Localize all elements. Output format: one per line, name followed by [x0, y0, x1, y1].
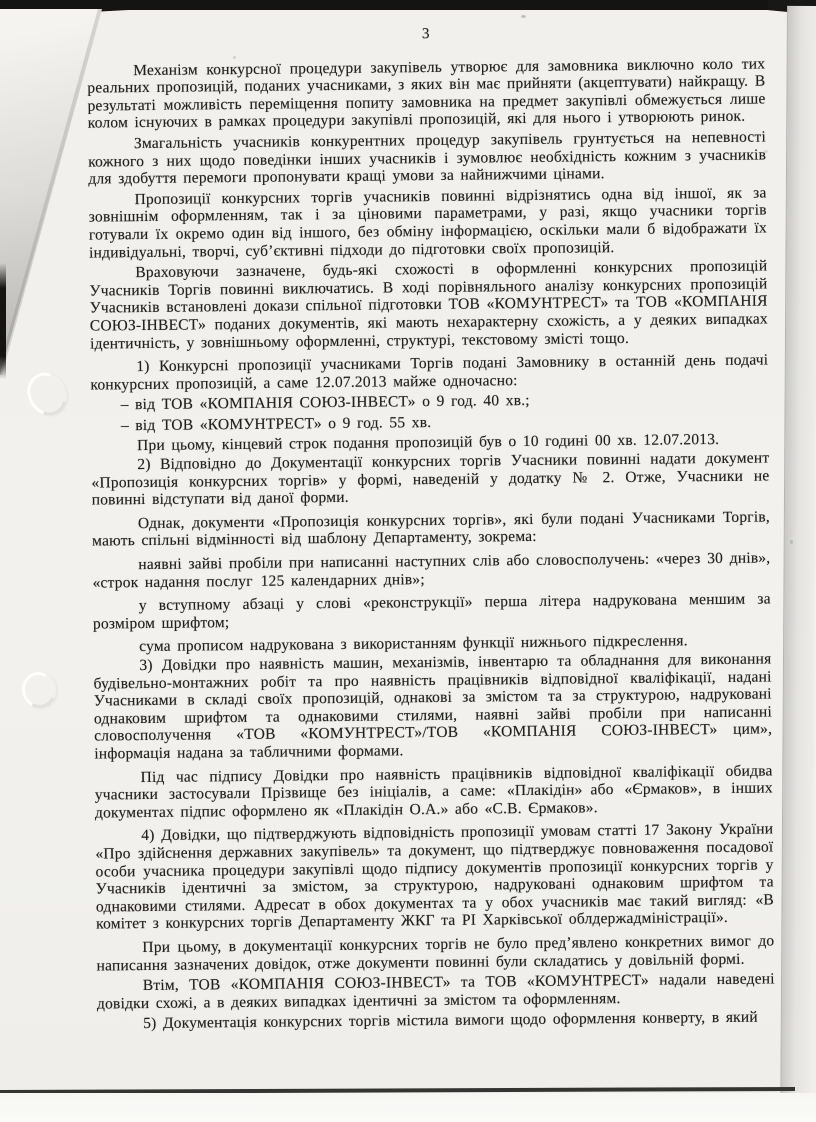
scan-top-edge — [0, 0, 816, 10]
scan-speck — [521, 15, 526, 18]
staple-curl-mark-upper — [20, 366, 74, 423]
staple-curl-mark-lower — [17, 668, 60, 713]
paragraph-proposals-differ: Пропозиції конкурсних торгів учасників п… — [88, 184, 767, 261]
list-item-3: 3) Довідки про наявність машин, механізм… — [93, 650, 772, 763]
scanned-document-page: 3 Механізм конкурсної процедури закупіве… — [0, 0, 816, 1122]
scan-top-edge-left — [0, 0, 150, 17]
paragraph-signatures: Під час підпису Довідки про наявність пр… — [95, 762, 774, 822]
scan-left-edge-sliver — [0, 263, 6, 379]
paragraph-competitiveness: Змагальність учасників конкурентних проц… — [88, 128, 767, 188]
subitem-small-letter: у вступному абзаці у слові «реконструкці… — [93, 591, 771, 633]
list-item-2: 2) Відповідно до Документації конкурсних… — [91, 450, 770, 510]
list-item-5: 5) Документація конкурсних торгів містил… — [97, 1009, 775, 1034]
scan-speck — [790, 540, 793, 544]
paragraph-mechanism: Механізм конкурсної процедури закупівель… — [87, 55, 766, 132]
subitem-extra-spaces: наявні зайві пробіли при написанні насту… — [92, 549, 770, 591]
page-bottom-edge-line — [0, 1087, 795, 1094]
paragraph-no-requirements: При цьому, в документації конкурсних тор… — [96, 932, 774, 974]
paragraph-similarity-found: Враховуючи зазначене, будь-які схожості … — [89, 258, 768, 353]
scan-top-edge-right — [768, 0, 816, 24]
list-item-1: 1) Конкурсні пропозиції учасниками Торгі… — [90, 352, 768, 394]
scanner-bed-below-page — [0, 1093, 816, 1122]
page-number: 3 — [87, 22, 765, 47]
page-right-edge-shadow — [780, 6, 816, 1100]
page-content: 3 Механізм конкурсної процедури закупіве… — [87, 22, 775, 1033]
list-item-4: 4) Довідки, що підтверджують відповідніс… — [95, 821, 774, 934]
paragraph-however-template: Однак, документи «Пропозиція конкурсних … — [92, 508, 770, 550]
paragraph-vtim-similar: Втім, ТОВ «КОМПАНІЯ СОЮЗ-ІНВЕСТ» та ТОВ … — [97, 971, 775, 1013]
